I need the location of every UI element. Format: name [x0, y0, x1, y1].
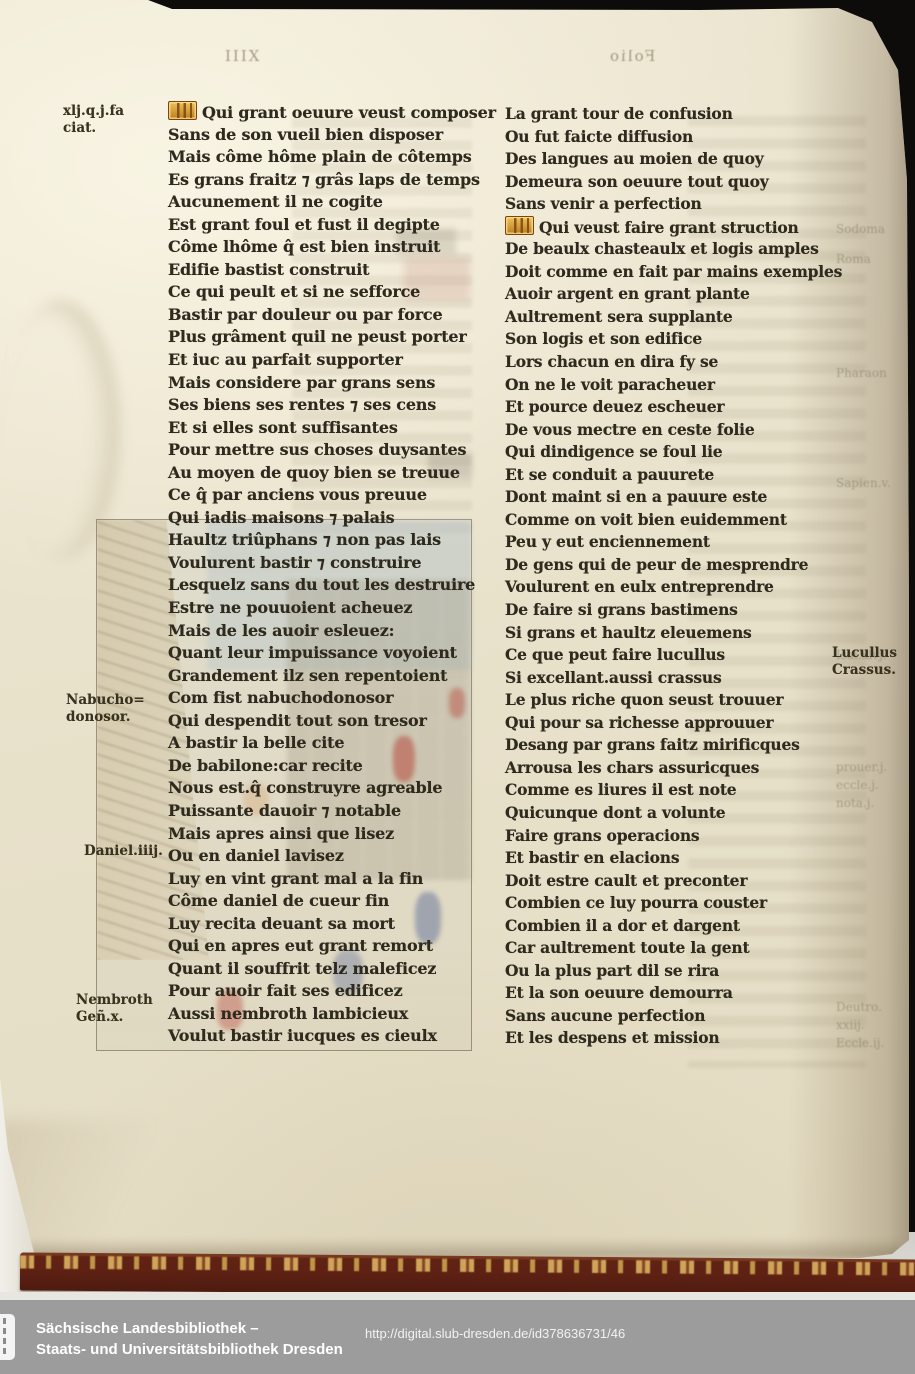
verse-line: De vous mectre en ceste folie	[505, 419, 865, 442]
margin-note: Daniel.iiij.	[84, 843, 163, 860]
verse-line: Mais de les auoir esleuez:	[168, 620, 480, 643]
digitized-manuscript-viewer: IIIX Folio SodomaRomaPharaonSapien.v.Isa…	[0, 0, 915, 1374]
verse-line: Si excellant.aussi crassus	[505, 667, 865, 690]
verse-line: Quicunque dont a volunte	[505, 802, 865, 825]
verse-line: Doit estre cault et preconter	[505, 870, 865, 893]
gold-tooling-pattern	[20, 1255, 915, 1275]
verse-line: Et se conduit a pauurete	[505, 464, 865, 487]
verse-line: Com fist nabuchodonosor	[168, 687, 480, 710]
verse-line: Ou la plus part dil se rira	[505, 960, 865, 983]
verse-line: Pour mettre sus choses duysantes	[168, 439, 480, 462]
verse-line: Ce qui peult et si ne sefforce	[168, 281, 480, 304]
verse-line: Et iuc au parfait supporter	[168, 349, 480, 372]
verse-line: De babilone:car recite	[168, 755, 480, 778]
verse-line: Mais côme hôme plain de côtemps	[168, 146, 480, 169]
verse-line: Ce q̂ par anciens vous preuue	[168, 484, 480, 507]
verse-line: Voulurent bastir ⁊ construire	[168, 552, 480, 575]
verse-line: Ou en daniel lavisez	[168, 845, 480, 868]
gold-initial-block	[505, 216, 534, 235]
library-footer-bar: Sächsische Landesbibliothek – Staats- un…	[0, 1300, 915, 1374]
verse-line: Auoir argent en grant plante	[505, 283, 865, 306]
verse-line: De beaulx chasteaulx et logis amples	[505, 238, 865, 261]
verse-line: Car aultrement toute la gent	[505, 937, 865, 960]
verse-line: Qui grant oeuure veust composer	[168, 101, 480, 124]
verse-line: Peu y eut enciennement	[505, 531, 865, 554]
verse-line: Es grans fraitz ⁊ grâs laps de temps	[168, 169, 480, 192]
text-column-right: La grant tour de confusionOu fut faicte …	[505, 103, 865, 1050]
verse-line: A bastir la belle cite	[168, 732, 480, 755]
verse-line: Combien il a dor et dargent	[505, 915, 865, 938]
verse-line: Au moyen de quoy bien se treuue	[168, 462, 480, 485]
verse-line: Sans de son vueil bien disposer	[168, 124, 480, 147]
verse-line: Ses biens ses rentes ⁊ ses cens	[168, 394, 480, 417]
verse-line: Est grant foul et fust il degipte	[168, 214, 480, 237]
verse-line: Demeura son oeuure tout quoy	[505, 171, 865, 194]
verse-line: Qui despendit tout son tresor	[168, 710, 480, 733]
verse-line: Doit comme en fait par mains exemples	[505, 261, 865, 284]
verse-line: Grandement ilz sen repentoient	[168, 665, 480, 688]
verse-line: Le plus riche quon seust trouuer	[505, 689, 865, 712]
margin-note: Nabucho=donosor.	[66, 692, 145, 726]
verse-line: Aussi nembroth lambicieux	[168, 1003, 480, 1026]
verse-line: Puissante dauoir ⁊ notable	[168, 800, 480, 823]
verse-line: Qui iadis maisons ⁊ palais	[168, 507, 480, 530]
digital-collection-url: http://digital.slub-dresden.de/id3786367…	[365, 1326, 625, 1341]
verse-line: Et si elles sont suffisantes	[168, 417, 480, 440]
verse-line: Luy recita deuant sa mort	[168, 913, 480, 936]
verse-line: Voulurent en eulx entreprendre	[505, 576, 865, 599]
text-column-left: Qui grant oeuure veust composerSans de s…	[168, 101, 480, 1048]
verse-line: Dont maint si en a pauure este	[505, 486, 865, 509]
verse-line: Et les despens et mission	[505, 1027, 865, 1050]
verse-line: Faire grans operacions	[505, 825, 865, 848]
margin-note: LucullusCrassus.	[832, 645, 897, 679]
showthrough-folio-word: Folio	[608, 47, 655, 65]
verse-line: Pour auoir fait ses edificez	[168, 980, 480, 1003]
gilt-book-edge	[20, 1252, 915, 1297]
library-name: Sächsische Landesbibliothek – Staats- un…	[36, 1318, 343, 1360]
verse-line: Quant il souffrit telz maleficez	[168, 958, 480, 981]
verse-line: Estre ne pouuoient acheuez	[168, 597, 480, 620]
verse-line: Aultrement sera supplante	[505, 306, 865, 329]
library-name-line1: Sächsische Landesbibliothek –	[36, 1318, 343, 1339]
verse-line: Sans aucune perfection	[505, 1005, 865, 1028]
manuscript-page: IIIX Folio SodomaRomaPharaonSapien.v.Isa…	[0, 0, 915, 1374]
verse-line: On ne le voit paracheuer	[505, 374, 865, 397]
library-name-line2: Staats- und Universitätsbibliothek Dresd…	[36, 1339, 343, 1360]
verse-line: Aucunement il ne cogite	[168, 191, 480, 214]
verse-line: Lesquelz sans du tout les destruire	[168, 574, 480, 597]
verse-line: Ce que peut faire lucullus	[505, 644, 865, 667]
gold-initial-block	[168, 101, 197, 120]
verse-line: Combien ce luy pourra couster	[505, 892, 865, 915]
verse-line: Qui en apres eut grant remort	[168, 935, 480, 958]
verse-line: Comme on voit bien euidemment	[505, 509, 865, 532]
verse-line: Qui dindigence se foul lie	[505, 441, 865, 464]
margin-note: xlj.q.j.faciat.	[63, 103, 124, 137]
verse-line: Côme daniel de cueur fin	[168, 890, 480, 913]
verse-line: Et bastir en elacions	[505, 847, 865, 870]
table-strip-below-edge	[0, 1292, 915, 1300]
verse-line: Ou fut faicte diffusion	[505, 126, 865, 149]
verse-line: Quant leur impuissance voyoient	[168, 642, 480, 665]
verse-line: Mais apres ainsi que lisez	[168, 823, 480, 846]
verse-line: Desang par grans faitz mirificques	[505, 734, 865, 757]
verse-line: Des langues au moien de quoy	[505, 148, 865, 171]
verse-line: Qui veust faire grant struction	[505, 216, 865, 239]
verse-line: Lors chacun en dira fy se	[505, 351, 865, 374]
verse-line: Et pource deuez escheuer	[505, 396, 865, 419]
verse-line: Si grans et haultz eleuemens	[505, 622, 865, 645]
verse-line: De faire si grans bastimens	[505, 599, 865, 622]
verse-line: De gens qui de peur de mesprendre	[505, 554, 865, 577]
slub-logo-icon	[0, 1314, 15, 1360]
verse-line: Bastir par douleur ou par force	[168, 304, 480, 327]
showthrough-folio-number: IIIX	[225, 47, 261, 65]
verse-line: Son logis et son edifice	[505, 328, 865, 351]
verse-line: Mais considere par grans sens	[168, 372, 480, 395]
verse-line: Luy en vint grant mal a la fin	[168, 868, 480, 891]
verse-line: Comme es liures il est note	[505, 779, 865, 802]
verse-line: La grant tour de confusion	[505, 103, 865, 126]
verse-line: Qui pour sa richesse approuuer	[505, 712, 865, 735]
verse-line: Nous est.q̂ construyre agreable	[168, 777, 480, 800]
verse-line: Arrousa les chars assuricques	[505, 757, 865, 780]
verse-line: Côme lhôme q̂ est bien instruit	[168, 236, 480, 259]
verse-line: Plus grâment quil ne peust porter	[168, 326, 480, 349]
margin-note: NembrothGeñ.x.	[76, 992, 153, 1026]
verse-line: Edifie bastist construit	[168, 259, 480, 282]
verse-line: Et la son oeuure demourra	[505, 982, 865, 1005]
verse-line: Sans venir a perfection	[505, 193, 865, 216]
verse-line: Haultz triûphans ⁊ non pas lais	[168, 529, 480, 552]
verse-line: Voulut bastir iucques es cieulx	[168, 1025, 480, 1048]
